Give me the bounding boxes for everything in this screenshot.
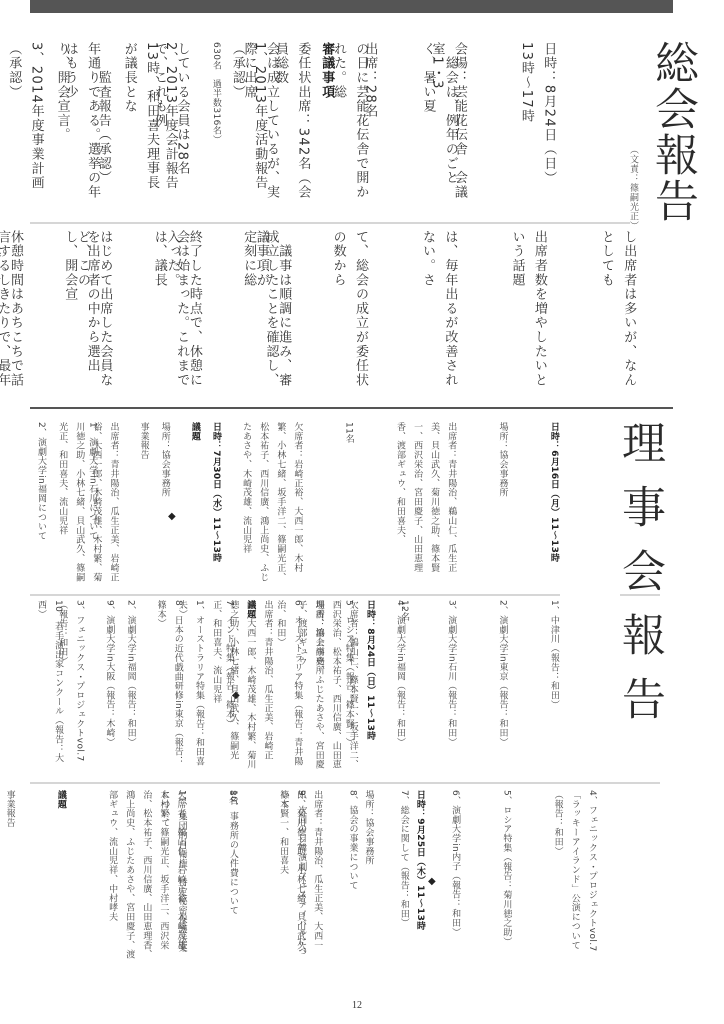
para-line: はじめて出席した会員など、この — [71, 230, 116, 390]
meeting-2: 日時：7月30日（水）11〜13時 場所：協会事務所 出席者：青井陽治、瓜生正美… — [36, 422, 258, 582]
agenda-heading: 議題 — [52, 790, 69, 960]
agenda-heading: 議題 — [241, 600, 258, 770]
para-line: の日に芸能花伝舎で開かれた。総 — [327, 42, 372, 202]
agenda-item: 1、中津川（報告：和田） — [545, 600, 562, 770]
meeting-attendees-count: 11名 — [340, 422, 357, 582]
agenda-item: 1、オーストラリア特集（報告：和田喜夫） — [173, 600, 207, 770]
para-line: 休憩時間はあちこちで話し込んで — [0, 230, 26, 390]
meeting-attendees: 出席者：青井陽治、瓜生正美、大西一郎、菊川徳之助、小林七緒、貝山武久、篠本賢一、… — [274, 790, 325, 960]
meeting-attendees: 出席者：青井陽治、鵜山仁、瓜生正美、貝山武久、菊川徳之助、篠本賢一、西沢栄治、宮… — [391, 422, 459, 582]
meeting-4: 日時：9月25日（木）11〜13時 場所：協会事務所 出席者：青井陽治、瓜生正美… — [0, 790, 462, 960]
para-line: 年通りである。選挙の年はもう少 — [58, 42, 103, 202]
soukai-title: 総会報告 — [650, 40, 694, 224]
para-line: は、毎年出るが改善されない。さ — [416, 230, 461, 390]
para-line: 総会は、例年のごとく、暑い夏 — [416, 42, 461, 202]
section-divider — [30, 407, 673, 409]
meeting-absentees: 欠席者：鵜山仁、篠本賢一、坂手洋二、西沢栄治、松本祐子、西川信廣、山田恵理香、鴻… — [292, 600, 360, 770]
divider — [30, 222, 630, 224]
rijikai-title: 理事会報告 — [617, 420, 661, 740]
para-line: 終了した時点で、休憩に入った。 — [160, 230, 205, 390]
agenda-item: 2、演劇大学in福岡（報告：和田） — [121, 600, 138, 770]
meeting-place: 場所：協会事務所 — [156, 422, 173, 582]
soukai-para3: 議事は順調に進み、審議事項が 終了した時点で、休憩に入った。 はじめて出席した会… — [0, 230, 339, 390]
meeting-place: 場所：協会事務所 — [359, 790, 376, 960]
para-line: 会は成立しているが、実際に出席 — [237, 42, 282, 202]
meeting-date: 日時：7月30日（水）11〜13時 — [207, 422, 224, 582]
divider — [620, 594, 660, 596]
meeting-absentees: 欠席者：鵜山仁、岩崎正裕、木崎茂雄、木村繁、篠嗣光正、坂手洋二、西沢栄治、松本祐… — [103, 790, 188, 960]
meeting-attendees-count: 12名 — [395, 600, 412, 770]
soukai-credit: （文責：篠嗣光正） — [627, 145, 640, 231]
meeting-attendees: 出席者：青井陽治、瓜生正美、岩崎正裕、大西一郎、木崎茂雄、木村繁、菊川徳之助、小… — [53, 422, 121, 582]
agenda-item: 4、フェニックス・プロジェクトvol.7「ラッキーアイランド」公演について（報告… — [549, 790, 600, 960]
para-line: 出席者数を増やしたいという話題 — [505, 230, 550, 390]
divider — [30, 594, 560, 596]
agenda-item: 2、演劇大学in東京（報告：和田） — [493, 600, 510, 770]
meeting-2-cont: 12名 欠席者：鵜山仁、篠本賢一、坂手洋二、西沢栄治、松本祐子、西川信廣、山田恵… — [36, 600, 446, 770]
page-number: 12 — [352, 1000, 362, 1011]
agenda-item: 5、ロシア特集（報告：菊川徳之助） — [497, 790, 514, 960]
header-bar — [30, 0, 673, 13]
sub-heading: 事業報告 — [0, 790, 17, 960]
para-line: している会員は28名で、これも例 — [148, 42, 193, 202]
para-line: 議事は順調に進み、審議事項が — [250, 230, 295, 390]
soukai-para1: 総会は、例年のごとく、暑い夏 の日に芸能花伝舎で開かれた。総 会は成立しているが… — [36, 42, 506, 202]
para-line: し出席者は多いが、なんとしても — [595, 230, 640, 390]
info-line: 日時：8月24日（日）13時〜17時 — [515, 42, 560, 202]
meeting-attendees-count: 8名 — [223, 790, 240, 960]
meeting-date: 日時：9月25日（木）11〜13時 — [411, 790, 428, 960]
agenda-item: 3、フェニックス・プロジェクトvol.7（報告：和田） — [53, 600, 87, 770]
meeting-date: 日時：6月16日（月）11〜13時 — [545, 422, 562, 582]
meeting-place: 場所：協会事務所 — [493, 422, 510, 582]
divider — [30, 782, 660, 784]
